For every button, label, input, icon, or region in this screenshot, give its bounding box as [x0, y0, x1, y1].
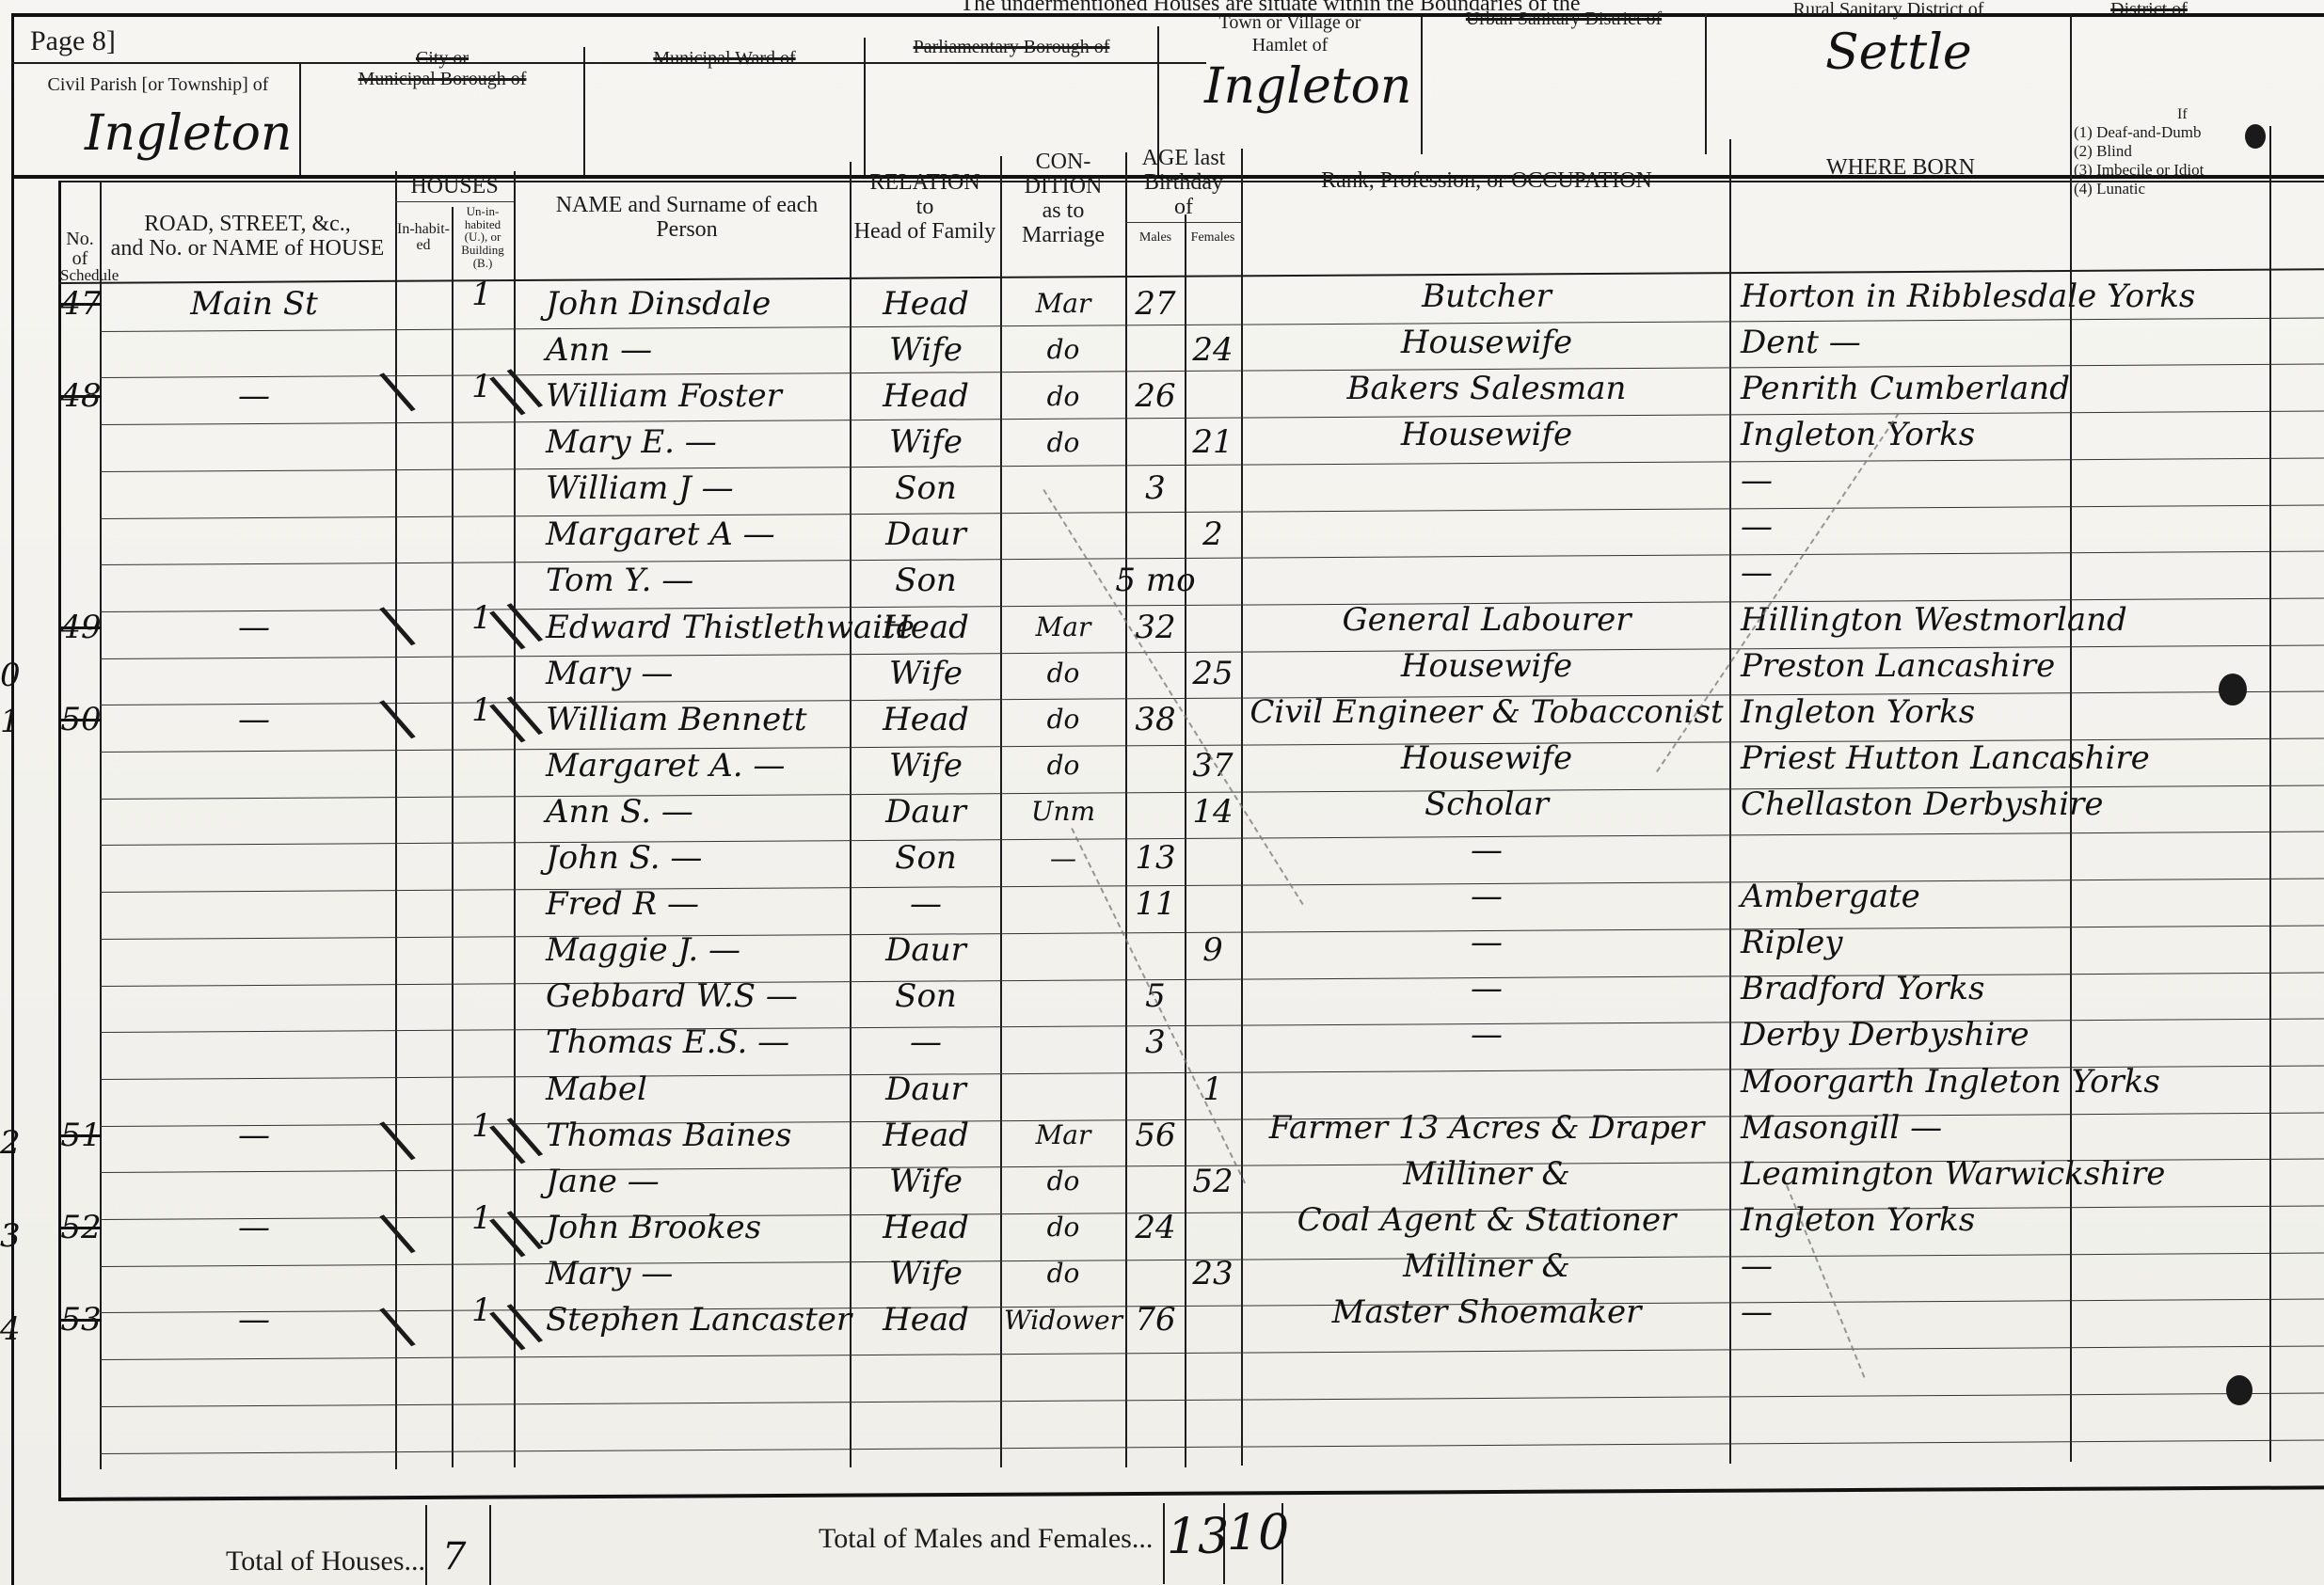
road-name: — — [122, 696, 386, 743]
infirmity — [2271, 834, 2324, 881]
total-houses-value: 7 — [442, 1535, 466, 1578]
col-houses-title: HOUSES — [397, 175, 512, 198]
marital-condition — [1002, 927, 1124, 974]
marital-condition: do — [1002, 326, 1124, 373]
marital-condition: Mar — [1002, 1112, 1124, 1159]
where-born: Ingleton Yorks — [1741, 411, 2268, 458]
marital-condition: do — [1002, 372, 1124, 420]
person-name: William Foster — [546, 372, 849, 420]
schedule-number: 51 — [60, 1112, 102, 1159]
house-inhabited — [454, 548, 510, 595]
road-name — [122, 1250, 386, 1297]
relation-to-head: Son — [852, 834, 1000, 881]
marital-condition: do — [1002, 419, 1124, 466]
age-male: 5 mo — [1127, 558, 1184, 605]
age-female — [1186, 1296, 1240, 1343]
house-inhabited — [454, 964, 510, 1011]
infirmity — [2271, 512, 2324, 559]
schedule-number — [60, 326, 102, 373]
person-name: John Brookes — [546, 1204, 849, 1251]
road-name: — — [122, 1296, 386, 1343]
schedule-number — [60, 650, 102, 697]
relation-to-head: Daur — [852, 1066, 1000, 1113]
table-row: 53—1Stephen LancasterHeadWidower76Master… — [0, 1296, 2324, 1343]
town-village-label-2: Hamlet of — [1161, 36, 1419, 55]
age-male: 24 — [1127, 1204, 1184, 1251]
person-name: Mary E. — — [546, 419, 849, 466]
marital-condition: do — [1002, 1204, 1124, 1251]
infirmity — [2271, 465, 2324, 512]
age-female: 24 — [1186, 326, 1240, 373]
age-female — [1186, 834, 1240, 881]
age-male: 11 — [1127, 880, 1184, 927]
relation-to-head: Wife — [852, 1158, 1000, 1205]
marital-condition: Unm — [1002, 788, 1124, 835]
rural-sanitary-value: Settle — [1825, 24, 1972, 81]
infirmity — [2271, 650, 2324, 697]
road-name — [122, 1020, 386, 1067]
marital-condition: do — [1002, 1158, 1124, 1205]
marital-condition: Mar — [1002, 280, 1124, 327]
marital-condition — [1002, 1020, 1124, 1067]
age-male: 32 — [1127, 604, 1184, 651]
person-name: Thomas E.S. — — [546, 1020, 849, 1067]
road-name: — — [122, 372, 386, 420]
marital-condition: do — [1002, 650, 1124, 697]
age-male: 27 — [1127, 280, 1184, 327]
road-name: — — [122, 604, 386, 651]
occupation: Scholar — [1251, 781, 1722, 828]
person-name: William J — — [546, 465, 849, 512]
marital-condition — [1002, 974, 1124, 1021]
age-female: 25 — [1186, 650, 1240, 697]
occupation — [1251, 504, 1722, 551]
col-age-1: AGE last — [1127, 147, 1240, 170]
age-female — [1186, 372, 1240, 420]
col-name-1: NAME and Surname of each — [527, 194, 847, 217]
where-born: Preston Lancashire — [1741, 642, 2268, 689]
relation-to-head: Wife — [852, 650, 1000, 697]
age-female: 2 — [1186, 512, 1240, 559]
occupation: Milliner & — [1251, 1243, 1722, 1290]
relation-to-head: Head — [852, 280, 1000, 327]
house-inhabited: 1 — [454, 271, 510, 318]
col-condition-1: CON- — [1002, 151, 1124, 174]
infirmity — [2271, 742, 2324, 789]
age-female — [1186, 280, 1240, 327]
age-male — [1127, 650, 1184, 697]
road-name — [122, 788, 386, 835]
occupation: — — [1251, 1012, 1722, 1059]
infirmity — [2271, 1020, 2324, 1067]
infirmity — [2271, 1204, 2324, 1251]
col-road-2: and No. or NAME of HOUSE — [102, 237, 393, 261]
age-male — [1127, 512, 1184, 559]
age-female: 37 — [1186, 742, 1240, 789]
road-name — [122, 974, 386, 1021]
occupation: Milliner & — [1251, 1150, 1722, 1197]
occupation: — — [1251, 919, 1722, 966]
occupation — [1251, 457, 1722, 504]
age-female — [1186, 880, 1240, 927]
occupation: Coal Agent & Stationer — [1251, 1197, 1722, 1244]
road-name — [122, 880, 386, 927]
margin-number: 2 — [0, 1124, 21, 1162]
col-where-born: WHERE BORN — [1741, 156, 2061, 180]
road-name — [122, 465, 386, 512]
person-name: Jane — — [546, 1158, 849, 1205]
district-label: District of — [2074, 0, 2224, 20]
age-male: 76 — [1127, 1296, 1184, 1343]
where-born: Leamington Warwickshire — [1741, 1150, 2268, 1197]
schedule-number — [60, 742, 102, 789]
person-name: Mary — — [546, 1250, 849, 1297]
relation-to-head: Son — [852, 974, 1000, 1021]
age-male: 13 — [1127, 834, 1184, 881]
schedule-number — [60, 512, 102, 559]
schedule-number: 53 — [60, 1296, 102, 1343]
road-name — [122, 558, 386, 605]
occupation: — — [1251, 966, 1722, 1013]
person-name: Margaret A. — — [546, 742, 849, 789]
schedule-number — [60, 927, 102, 974]
total-females: 10 — [1227, 1505, 1289, 1561]
schedule-number — [60, 1158, 102, 1205]
road-name — [122, 419, 386, 466]
house-inhabited — [454, 779, 510, 826]
where-born: Bradford Yorks — [1741, 966, 2268, 1013]
schedule-number — [60, 834, 102, 881]
occupation: Master Shoemaker — [1251, 1289, 1722, 1336]
road-name: — — [122, 1112, 386, 1159]
col-name-2: Person — [527, 218, 847, 242]
person-name: Stephen Lancaster — [546, 1296, 849, 1343]
person-name: William Bennett — [546, 696, 849, 743]
col-condition-3: as to — [1002, 199, 1124, 223]
house-inhabited — [454, 455, 510, 502]
col-occupation: Rank, Profession, or OCCUPATION — [1261, 169, 1712, 193]
col-condition-2: DITION — [1002, 175, 1124, 198]
age-male — [1127, 419, 1184, 466]
infirmity — [2271, 1066, 2324, 1113]
person-name: Fred R — — [546, 880, 849, 927]
age-female — [1186, 558, 1240, 605]
where-born: Masongill — — [1741, 1104, 2268, 1151]
road-name — [122, 650, 386, 697]
occupation: — — [1251, 827, 1722, 874]
col-relation-3: Head of Family — [852, 220, 998, 244]
relation-to-head: Son — [852, 558, 1000, 605]
occupation: Farmer 13 Acres & Draper — [1251, 1104, 1722, 1151]
relation-to-head: Daur — [852, 927, 1000, 974]
relation-to-head: Daur — [852, 512, 1000, 559]
infirmity — [2271, 326, 2324, 373]
margin-number: 3 — [0, 1217, 21, 1255]
infirmity — [2271, 927, 2324, 974]
schedule-number: 49 — [60, 604, 102, 651]
infirmity — [2271, 880, 2324, 927]
age-female: 52 — [1186, 1158, 1240, 1205]
margin-number: 1 — [0, 703, 21, 740]
occupation: General Labourer — [1251, 596, 1722, 643]
house-inhabited — [454, 409, 510, 456]
person-name: Margaret A — — [546, 512, 849, 559]
age-male: 3 — [1127, 465, 1184, 512]
infirmity — [2271, 1112, 2324, 1159]
total-males: 13 — [1167, 1509, 1229, 1565]
infirmity — [2271, 1250, 2324, 1297]
age-female — [1186, 604, 1240, 651]
urban-sanitary-label: Urban Sanitary District of — [1425, 9, 1703, 29]
age-male: 26 — [1127, 372, 1184, 420]
relation-to-head: — — [852, 1020, 1000, 1067]
schedule-number — [60, 1250, 102, 1297]
col-condition-4: Marriage — [1002, 224, 1124, 247]
schedule-number — [60, 1020, 102, 1067]
where-born: — — [1741, 1289, 2268, 1336]
municipal-borough-label: Municipal Borough of — [303, 70, 581, 89]
col-relation-1: RELATION — [852, 171, 998, 195]
schedule-number — [60, 558, 102, 605]
col-houses-inhabited: In-habit-ed — [397, 222, 450, 254]
age-female: 9 — [1186, 927, 1240, 974]
person-name: Ann S. — — [546, 788, 849, 835]
age-male — [1127, 326, 1184, 373]
infirmity — [2271, 558, 2324, 605]
person-name: Mary — — [546, 650, 849, 697]
col-houses-uninhabited: Un-in-habited (U.), or Building (B.) — [454, 205, 512, 269]
marital-condition — [1002, 465, 1124, 512]
age-male — [1127, 742, 1184, 789]
person-name: John S. — — [546, 834, 849, 881]
road-name — [122, 1158, 386, 1205]
where-born: Ambergate — [1741, 873, 2268, 920]
where-born: Horton in Ribblesdale Yorks — [1741, 273, 2268, 320]
col-age-females: Females — [1186, 231, 1240, 246]
road-name — [122, 927, 386, 974]
infirmity — [2271, 696, 2324, 743]
schedule-number: 50 — [60, 696, 102, 743]
where-born: Moorgarth Ingleton Yorks — [1741, 1058, 2268, 1105]
col-age-2: Birthday — [1127, 171, 1240, 195]
marital-condition: — — [1002, 834, 1124, 881]
marital-condition: Mar — [1002, 604, 1124, 651]
infirmity — [2271, 974, 2324, 1021]
person-name: Mabel — [546, 1066, 849, 1113]
house-inhabited — [454, 825, 510, 872]
relation-to-head: Head — [852, 372, 1000, 420]
age-male — [1127, 927, 1184, 974]
relation-to-head: Head — [852, 1112, 1000, 1159]
age-male: 56 — [1127, 1112, 1184, 1159]
person-name: Maggie J. — — [546, 927, 849, 974]
city-label: City or — [303, 49, 581, 69]
infirmity — [2271, 372, 2324, 420]
relation-to-head: Wife — [852, 419, 1000, 466]
age-female — [1186, 1204, 1240, 1251]
age-female: 1 — [1186, 1066, 1240, 1113]
relation-to-head: Head — [852, 1204, 1000, 1251]
col-age-males: Males — [1127, 231, 1184, 246]
marital-condition: do — [1002, 742, 1124, 789]
schedule-number: 48 — [60, 372, 102, 420]
where-born: Ripley — [1741, 919, 2268, 966]
relation-to-head: — — [852, 880, 1000, 927]
ink-blot — [2226, 1375, 2252, 1405]
civil-parish-label: Civil Parish [or Township] of — [19, 75, 297, 95]
occupation: Housewife — [1251, 411, 1722, 458]
occupation: Bakers Salesman — [1251, 365, 1722, 412]
occupation: Civil Engineer & Tobacconist — [1251, 689, 1722, 736]
municipal-ward-label: Municipal Ward of — [587, 49, 862, 69]
occupation — [1251, 1058, 1722, 1105]
col-schedule-1: No. of — [60, 230, 100, 269]
road-name: Main St — [122, 280, 386, 327]
road-name: — — [122, 1204, 386, 1251]
road-name — [122, 512, 386, 559]
schedule-number — [60, 1066, 102, 1113]
col-infirmity-4: (4) Lunatic — [2074, 181, 2318, 198]
col-age-3: of — [1127, 196, 1240, 219]
where-born: — — [1741, 550, 2268, 597]
relation-to-head: Daur — [852, 788, 1000, 835]
marital-condition: Widower — [1002, 1296, 1124, 1343]
house-inhabited — [454, 502, 510, 549]
age-male — [1127, 1066, 1184, 1113]
infirmity — [2271, 1158, 2324, 1205]
relation-to-head: Head — [852, 696, 1000, 743]
col-infirmity-3: (3) Imbecile or Idiot — [2074, 162, 2318, 179]
house-inhabited — [454, 917, 510, 964]
col-road-1: ROAD, STREET, &c., — [102, 213, 393, 236]
relation-to-head: Wife — [852, 326, 1000, 373]
occupation: — — [1251, 873, 1722, 920]
road-name — [122, 742, 386, 789]
house-inhabited — [454, 1010, 510, 1057]
marital-condition — [1002, 558, 1124, 605]
marital-condition — [1002, 880, 1124, 927]
where-born: Penrith Cumberland — [1741, 365, 2268, 412]
schedule-number — [60, 974, 102, 1021]
relation-to-head: Head — [852, 1296, 1000, 1343]
census-page: The undermentioned Houses are situate wi… — [0, 0, 2324, 1585]
age-female — [1186, 974, 1240, 1021]
margin-number: 4 — [0, 1310, 21, 1348]
where-born: Ingleton Yorks — [1741, 1197, 2268, 1244]
age-male — [1127, 1250, 1184, 1297]
road-name — [122, 834, 386, 881]
schedule-number — [60, 419, 102, 466]
relation-to-head: Wife — [852, 742, 1000, 789]
age-male — [1127, 788, 1184, 835]
infirmity — [2271, 1296, 2324, 1343]
age-female — [1186, 465, 1240, 512]
age-female — [1186, 696, 1240, 743]
rural-sanitary-label: Rural Sanitary District of — [1709, 0, 2068, 20]
occupation: Housewife — [1251, 319, 1722, 366]
person-name: Edward Thistlethwaite — [546, 604, 849, 651]
house-inhabited — [454, 733, 510, 780]
age-male — [1127, 1158, 1184, 1205]
col-infirmity-1: (1) Deaf-and-Dumb — [2074, 124, 2318, 141]
occupation — [1251, 550, 1722, 597]
where-born: Dent — — [1741, 319, 2268, 366]
marital-condition — [1002, 512, 1124, 559]
col-relation-2: to — [852, 196, 998, 219]
total-houses-label: Total of Houses... — [226, 1546, 425, 1577]
house-inhabited — [454, 317, 510, 364]
age-male: 5 — [1127, 974, 1184, 1021]
age-female — [1186, 1020, 1240, 1067]
infirmity — [2271, 788, 2324, 835]
age-female: 23 — [1186, 1250, 1240, 1297]
where-born: Derby Derbyshire — [1741, 1012, 2268, 1059]
occupation: Housewife — [1251, 642, 1722, 689]
relation-to-head: Son — [852, 465, 1000, 512]
relation-to-head: Head — [852, 604, 1000, 651]
total-persons-label: Total of Males and Females... — [819, 1524, 1153, 1554]
schedule-number — [60, 788, 102, 835]
person-name: John Dinsdale — [546, 280, 849, 327]
civil-parish-value: Ingleton — [85, 105, 292, 162]
age-female: 14 — [1186, 788, 1240, 835]
ink-blot — [2219, 674, 2247, 705]
age-female: 21 — [1186, 419, 1240, 466]
ink-blot — [2245, 124, 2266, 149]
col-infirmity-if: If — [2074, 107, 2318, 123]
person-name: Ann — — [546, 326, 849, 373]
infirmity — [2271, 419, 2324, 466]
occupation: Housewife — [1251, 735, 1722, 782]
marital-condition: do — [1002, 1250, 1124, 1297]
occupation: Butcher — [1251, 273, 1722, 320]
where-born: — — [1741, 457, 2268, 504]
schedule-number: 47 — [60, 280, 102, 327]
schedule-number — [60, 465, 102, 512]
house-inhabited — [454, 641, 510, 688]
house-inhabited — [454, 871, 510, 918]
infirmity — [2271, 604, 2324, 651]
where-born: Ingleton Yorks — [1741, 689, 2268, 736]
town-village-label-1: Town or Village or — [1161, 13, 1419, 33]
where-born: Chellaston Derbyshire — [1741, 781, 2268, 828]
infirmity — [2271, 280, 2324, 327]
where-born: Priest Hutton Lancashire — [1741, 735, 2268, 782]
where-born: Hillington Westmorland — [1741, 596, 2268, 643]
page-label: Page 8] — [30, 26, 116, 56]
col-infirmity-2: (2) Blind — [2074, 143, 2318, 160]
person-name: Tom Y. — — [546, 558, 849, 605]
marital-condition: do — [1002, 696, 1124, 743]
road-name — [122, 326, 386, 373]
where-born — [1741, 827, 2268, 874]
margin-number: 0 — [0, 657, 21, 694]
marital-condition — [1002, 1066, 1124, 1113]
person-name: Gebbard W.S — — [546, 974, 849, 1021]
town-village-value: Ingleton — [1204, 58, 1411, 115]
road-name — [122, 1066, 386, 1113]
schedule-number — [60, 880, 102, 927]
person-name: Thomas Baines — [546, 1112, 849, 1159]
schedule-number: 52 — [60, 1204, 102, 1251]
parliamentary-borough-label: Parliamentary Borough of — [868, 38, 1155, 57]
house-inhabited — [454, 1056, 510, 1103]
relation-to-head: Wife — [852, 1250, 1000, 1297]
